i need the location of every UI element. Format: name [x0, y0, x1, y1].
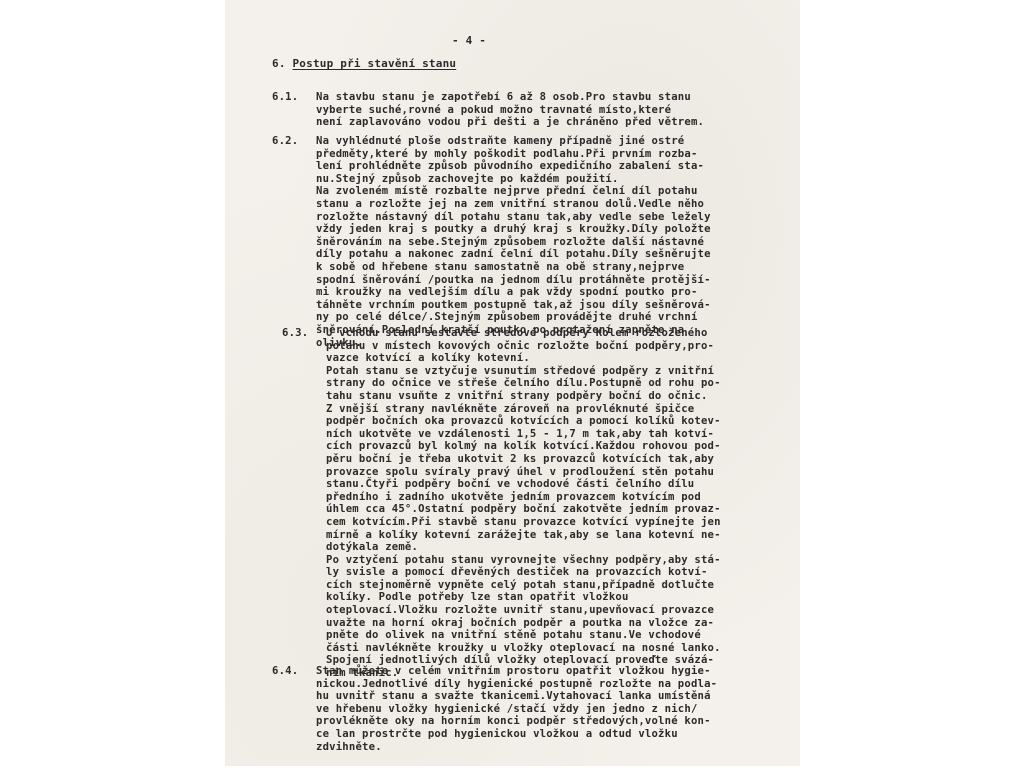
text-line: stanu.Čtyři podpěry boční ve vchodové čá…: [326, 478, 802, 491]
text-line: k sobě od hřebene stanu samostatně na ob…: [316, 261, 792, 274]
text-line: ve hřebenu vložky hygienické /stačí vždy…: [316, 703, 792, 716]
text-line: hu uvnitř stanu a svažte tkanicemi.Vytah…: [316, 690, 792, 703]
section-number: 6.3.: [282, 327, 308, 339]
text-line: Potah stanu se vztyčuje vsunutím středov…: [326, 365, 802, 378]
text-line: úhlem cca 45°.Ostatní podpěry boční zako…: [326, 503, 802, 516]
text-line: díly potahu a nakonec zadní čelní díl po…: [316, 248, 792, 261]
text-line: nu.Stejný způsob zachovejte po každém po…: [316, 173, 792, 186]
text-line: uvažte na horní okraj bočních podpěr a p…: [326, 617, 802, 630]
text-line: strany do očnice ve střeše čelního dílu.…: [326, 377, 802, 390]
text-line: vyberte suché,rovné a pokud možno travna…: [316, 104, 792, 117]
text-line: Stan můžete v celém vnitřním prostoru op…: [316, 665, 792, 678]
section-6-2: 6.2. Na vyhlédnuté ploše odstraňte kamen…: [272, 135, 792, 349]
section-6-1: 6.1. Na stavbu stanu je zapotřebí 6 až 8…: [272, 91, 792, 129]
text-line: provlékněte oky na horním konci podpěr s…: [316, 715, 792, 728]
text-line: mi kroužky na vedlejším dílu a pak vždy …: [316, 286, 792, 299]
text-line: rozložte nástavný díl potahu stanu tak,a…: [316, 211, 792, 224]
text-line: podpěr bočních oka provazců kotvících a …: [326, 415, 802, 428]
document-body: - 4 - 6. Postup při stavění stanu 6.1. N…: [225, 0, 800, 766]
section-number: 6.1.: [272, 91, 298, 103]
text-line: Na vyhlédnuté ploše odstraňte kameny pří…: [316, 135, 792, 148]
text-line: ních ukotvěte ve vzdálenosti 1,5 - 1,7 m…: [326, 428, 802, 441]
text-line: šněrováním na sebe.Stejným způsobem rozl…: [316, 236, 792, 249]
text-line: není zaplavováno vodou při dešti a je ch…: [316, 116, 792, 129]
text-line: ny po celé délce/.Stejným způsobem prová…: [316, 311, 792, 324]
heading-number: 6.: [272, 57, 286, 70]
text-line: stanu a rozložte jej na zem vnitřní stra…: [316, 198, 792, 211]
text-line: cích stejnoměrně vypněte celý potah stan…: [326, 579, 802, 592]
section-6-3: 6.3. U vchodu stanu sestavte středové po…: [282, 327, 802, 680]
text-line: potahu v místech kovových očnic rozložte…: [326, 340, 802, 353]
text-line: Po vztyčení potahu stanu vyrovnejte všec…: [326, 554, 802, 567]
text-line: cem kotvícím.Při stavbě stanu provazce k…: [326, 516, 802, 529]
text-line: táhněte vrchním poutkem postupně tak,až …: [316, 299, 792, 312]
section-6-4: 6.4. Stan můžete v celém vnitřním prosto…: [272, 665, 792, 753]
text-line: nickou.Jednotlivé díly hygienické postup…: [316, 678, 792, 691]
text-line: oteplovací.Vložku rozložte uvnitř stanu,…: [326, 604, 802, 617]
text-line: předměty,které by mohly poškodit podlahu…: [316, 148, 792, 161]
text-line: části navlékněte kroužky u vložky oteplo…: [326, 642, 802, 655]
text-line: ly svisle a pomocí dřevěných destiček na…: [326, 566, 802, 579]
text-line: U vchodu stanu sestavte středové podpěry…: [326, 327, 802, 340]
text-line: pěru boční je třeba ukotvit 2 ks provazc…: [326, 453, 802, 466]
page-number: - 4 -: [452, 34, 486, 47]
text-line: předního i zadního ukotvěte jedním prova…: [326, 491, 802, 504]
section-number: 6.2.: [272, 135, 298, 147]
scanned-page: - 4 - 6. Postup při stavění stanu 6.1. N…: [225, 0, 800, 766]
text-line: pněte do olivek na vnitřní stěně potahu …: [326, 629, 802, 642]
text-line: vždy jeden kraj s poutky a druhý kraj s …: [316, 223, 792, 236]
section-text: Stan můžete v celém vnitřním prostoru op…: [316, 665, 792, 753]
text-line: lení prohlédněte způsob původního expedi…: [316, 160, 792, 173]
section-number: 6.4.: [272, 665, 298, 677]
text-line: zdvihněte.: [316, 741, 792, 754]
text-line: provazce spolu svíraly pravý úhel v prod…: [326, 466, 802, 479]
text-line: dotýkala země.: [326, 541, 802, 554]
text-line: mírně a kolíky kotevní zarážejte tak,aby…: [326, 529, 802, 542]
section-text: U vchodu stanu sestavte středové podpěry…: [326, 327, 802, 680]
heading-title: Postup při stavění stanu: [292, 57, 456, 70]
text-line: spodní šněrování /poutka na jednom dílu …: [316, 274, 792, 287]
text-line: Na stavbu stanu je zapotřebí 6 až 8 osob…: [316, 91, 792, 104]
section-heading: 6. Postup při stavění stanu: [272, 57, 456, 70]
text-line: vazce kotvící a kolíky kotevní.: [326, 352, 802, 365]
text-line: kolíky. Podle potřeby lze stan opatřit v…: [326, 591, 802, 604]
text-line: Na zvoleném místě rozbalte nejprve předn…: [316, 185, 792, 198]
text-line: cích provazců byl kolmý na kolík kotvící…: [326, 440, 802, 453]
section-text: Na vyhlédnuté ploše odstraňte kameny pří…: [316, 135, 792, 349]
text-line: ce lan prostrčte pod hygienickou vložkou…: [316, 728, 792, 741]
text-line: tahu stanu vsuňte z vnitřní strany podpě…: [326, 390, 802, 403]
section-text: Na stavbu stanu je zapotřebí 6 až 8 osob…: [316, 91, 792, 129]
text-line: Z vnější strany navlékněte zároveň na pr…: [326, 403, 802, 416]
